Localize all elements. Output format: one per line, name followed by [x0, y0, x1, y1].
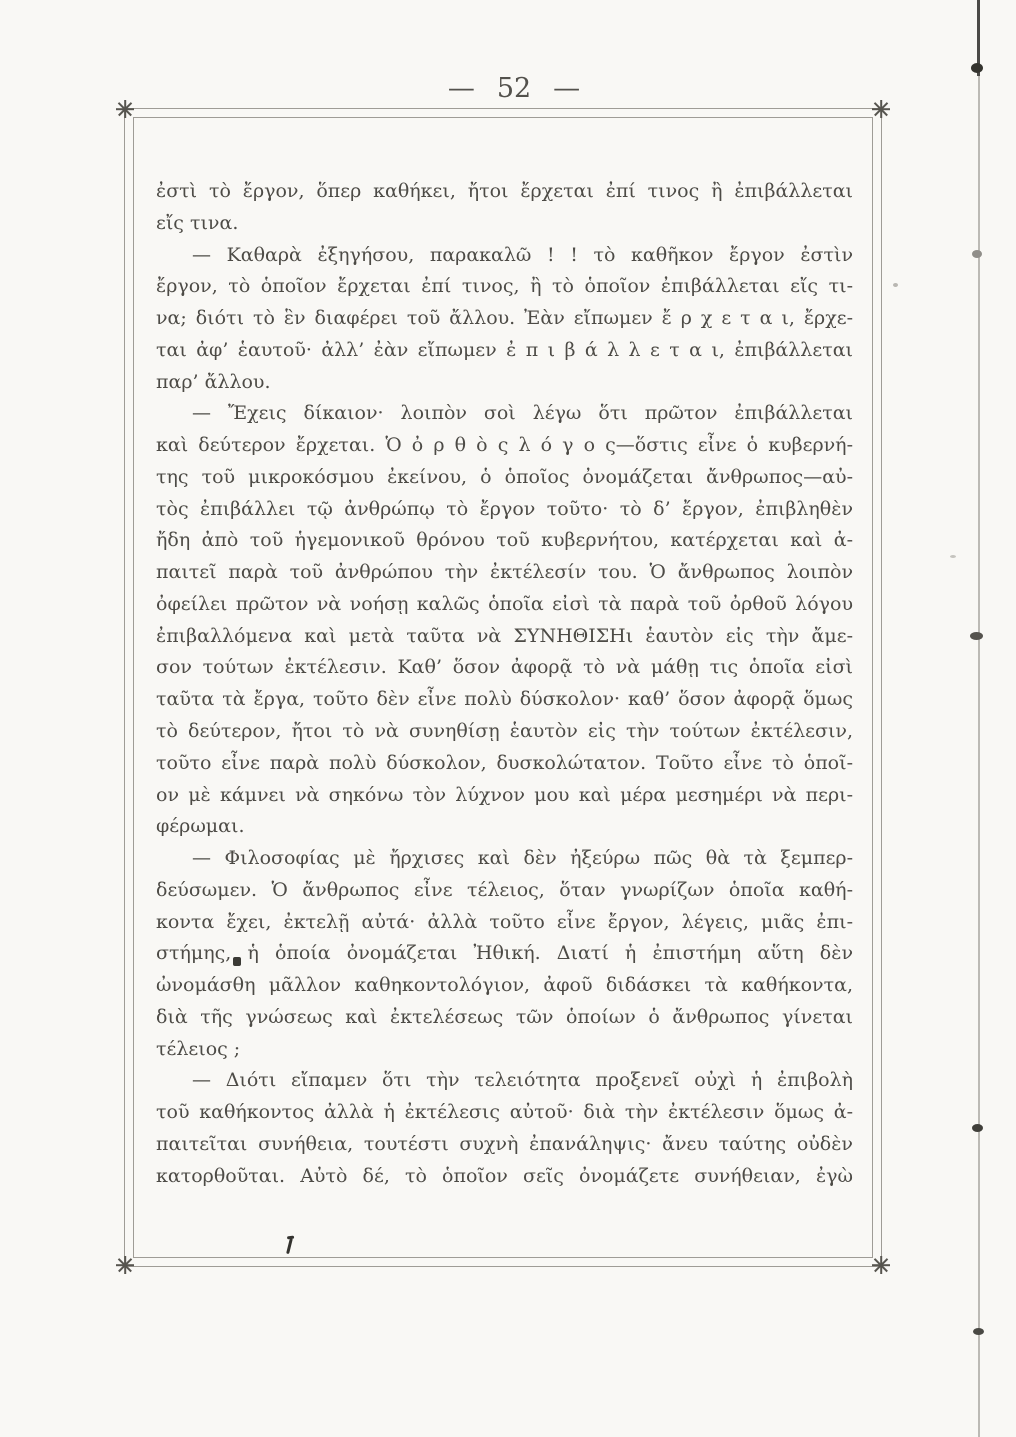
text-line: ὀφείλει πρῶτον νὰ νοήσῃ καλῶς ὁποῖα εἰσὶ… — [156, 589, 853, 621]
faint-speck — [893, 283, 898, 287]
page-number: 52 — [497, 75, 531, 102]
text-line: — Φιλοσοφίας μὲ ἤρχισες καὶ δὲν ἠξεύρω π… — [156, 843, 853, 875]
corner-star-ornament-top-left — [116, 100, 134, 118]
text-line: καὶ δεύτερον ἔρχεται. Ὁ ὀ ρ θ ὸ ς λ ό γ … — [156, 430, 853, 462]
paragraph: — Διότι εἴπαμεν ὅτι τὴν τελειότητα προξε… — [156, 1065, 853, 1192]
paragraph: — Καθαρὰ ἐξηγήσου, παρακαλῶ ! ! τὸ καθῆκ… — [156, 240, 853, 399]
text-line: εἴς τινα. — [156, 208, 853, 240]
text-line: ἔργον, τὸ ὁποῖον ἔρχεται ἐπί τινος, ἢ τὸ… — [156, 271, 853, 303]
header-dash-right: — — [553, 75, 580, 102]
text-line: φέρωμαι. — [156, 811, 853, 843]
text-line: ὠνομάσθη μᾶλλον καθηκοντολόγιον, ἀφοῦ δι… — [156, 970, 853, 1002]
text-block: ἐστὶ τὸ ἔργον, ὅπερ καθήκει, ἤτοι ἔρχετα… — [156, 176, 853, 1193]
ink-speck — [970, 632, 983, 640]
ink-speck — [971, 63, 983, 73]
ink-speck — [973, 1328, 984, 1335]
ink-speck — [972, 1124, 983, 1132]
faint-speck — [950, 555, 956, 558]
header-dash-left: — — [448, 75, 475, 102]
text-line: — Ἔχεις δίκαιον· λοιπὸν σοὶ λέγω ὅτι πρῶ… — [156, 398, 853, 430]
corner-star-ornament-bottom-right — [872, 1256, 890, 1274]
text-line: δεύσωμεν. Ὁ ἄνθρωπος εἶνε τέλειος, ὅταν … — [156, 875, 853, 907]
text-line: παιτεῖται συνήθεια, τουτέστι συχνὴ ἐπανά… — [156, 1129, 853, 1161]
corner-star-ornament-top-right — [872, 100, 890, 118]
text-line: σον τούτων ἐκτέλεσιν. Καθ’ ὅσον ἀφορᾷ τὸ… — [156, 652, 853, 684]
text-line: τοῦτο εἶνε παρὰ πολὺ δύσκολον, δυσκολώτα… — [156, 748, 853, 780]
text-line: παιτεῖ παρὰ τοῦ ἀνθρώπου τὴν ἐκτέλεσίν τ… — [156, 557, 853, 589]
text-line: ἐπιβαλλόμενα καὶ μετὰ ταῦτα νὰ ΣΥΝΗΘΙΣΗι… — [156, 621, 853, 653]
text-line: τὸς ἐπιβάλλει τῷ ἀνθρώπῳ τὸ ἔργον τοῦτο·… — [156, 494, 853, 526]
text-line: της τοῦ μικροκόσμου ἐκείνου, ὁ ὁποῖος ὀν… — [156, 462, 853, 494]
ink-speck — [972, 250, 982, 258]
paragraph: — Ἔχεις δίκαιον· λοιπὸν σοὶ λέγω ὅτι πρῶ… — [156, 398, 853, 843]
text-line: — Διότι εἴπαμεν ὅτι τὴν τελειότητα προξε… — [156, 1065, 853, 1097]
text-line: ται ἀφ’ ἑαυτοῦ· ἀλλ’ ἐὰν εἴπωμεν ἐ π ι β… — [156, 335, 853, 367]
scanned-book-page: — 52 — ἐστὶ τὸ ἔργον, ὅπερ καθήκει, ἤτοι… — [0, 0, 1016, 1437]
paragraph: — Φιλοσοφίας μὲ ἤρχισες καὶ δὲν ἠξεύρω π… — [156, 843, 853, 1065]
text-line: παρ’ ἄλλου. — [156, 367, 853, 399]
text-line: κατορθοῦται. Αὐτὸ δέ, τὸ ὁποῖον σεῖς ὀνο… — [156, 1161, 853, 1193]
text-line: να; διότι τὸ ἓν διαφέρει τοῦ ἄλλου. Ἐὰν … — [156, 303, 853, 335]
text-line: ον μὲ κάμνει νὰ σηκόνω τὸν λύχνον μου κα… — [156, 780, 853, 812]
text-line: τοῦ καθήκοντος ἀλλὰ ἡ ἐκτέλεσις αὐτοῦ· δ… — [156, 1097, 853, 1129]
text-line: ταῦτα τὰ ἔργα, τοῦτο δὲν εἶνε πολὺ δύσκο… — [156, 684, 853, 716]
page-header: — 52 — — [6, 70, 1016, 106]
text-line: κοντα ἔχει, ἐκτελῇ αὐτά· ἀλλὰ τοῦτο εἶνε… — [156, 907, 853, 939]
corner-star-ornament-bottom-left — [116, 1256, 134, 1274]
page-edge-scan-line — [978, 0, 980, 1437]
text-line: — Καθαρὰ ἐξηγήσου, παρακαλῶ ! ! τὸ καθῆκ… — [156, 240, 853, 272]
text-line: στήμης, ἡ ὁποία ὀνομάζεται Ἠθική. Διατί … — [156, 938, 853, 970]
ink-blot-in-text — [233, 957, 241, 966]
text-line: τὸ δεύτερον, ἤτοι τὸ νὰ συνηθίσῃ ἑαυτὸν … — [156, 716, 853, 748]
paragraph: ἐστὶ τὸ ἔργον, ὅπερ καθήκει, ἤτοι ἔρχετα… — [156, 176, 853, 240]
text-line: διὰ τῆς γνώσεως καὶ ἐκτελέσεως τῶν ὁποίω… — [156, 1002, 853, 1034]
text-line: τέλειος ; — [156, 1034, 853, 1066]
text-line: ἐστὶ τὸ ἔργον, ὅπερ καθήκει, ἤτοι ἔρχετα… — [156, 176, 853, 208]
text-line: ἤδη ἀπὸ τοῦ ἡγεμονικοῦ θρόνου τοῦ κυβερν… — [156, 525, 853, 557]
